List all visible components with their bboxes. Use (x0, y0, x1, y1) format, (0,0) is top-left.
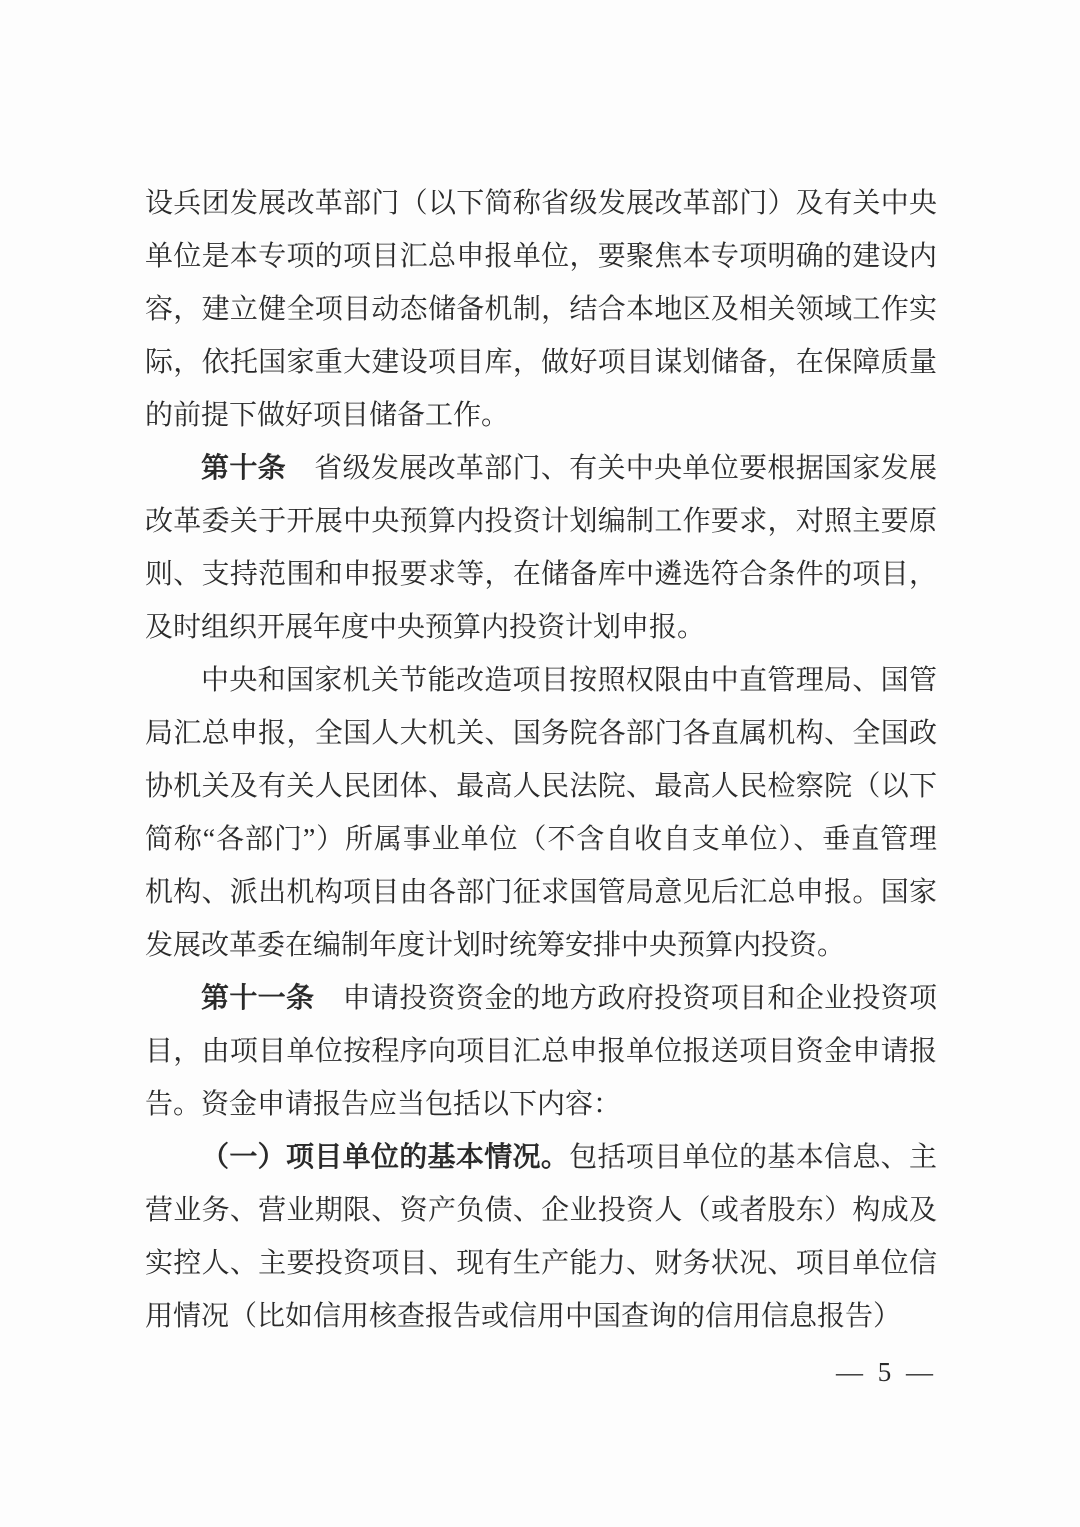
article-11-heading: 第十一条 (201, 983, 314, 1014)
paragraph-article-10: 第十条 省级发展改革部门、有关中央单位要根据国家发展改革委关于开展中央预算内投资… (145, 442, 937, 654)
paragraph-text: 设兵团发展改革部门（以下简称省级发展改革部门）及有关中央单位是本专项的项目汇总申… (145, 188, 937, 431)
item-1-heading: （一）项目单位的基本情况。 (201, 1142, 569, 1173)
paragraph-central-state-organs: 中央和国家机关节能改造项目按照权限由中直管理局、国管局汇总申报，全国人大机关、国… (145, 654, 937, 972)
page-number: — 5 — (836, 1352, 937, 1392)
paragraph-article-11: 第十一条 申请投资资金的地方政府投资项目和企业投资项目，由项目单位按程序向项目汇… (145, 972, 937, 1131)
document-page: 设兵团发展改革部门（以下简称省级发展改革部门）及有关中央单位是本专项的项目汇总申… (0, 0, 1080, 1527)
article-10-heading: 第十条 (201, 453, 286, 484)
paragraph-item-1: （一）项目单位的基本情况。包括项目单位的基本信息、主营业务、营业期限、资产负债、… (145, 1131, 937, 1343)
paragraph-continuation: 设兵团发展改革部门（以下简称省级发展改革部门）及有关中央单位是本专项的项目汇总申… (145, 177, 937, 442)
document-body: 设兵团发展改革部门（以下简称省级发展改革部门）及有关中央单位是本专项的项目汇总申… (145, 177, 937, 1343)
paragraph-text: 中央和国家机关节能改造项目按照权限由中直管理局、国管局汇总申报，全国人大机关、国… (145, 665, 937, 961)
